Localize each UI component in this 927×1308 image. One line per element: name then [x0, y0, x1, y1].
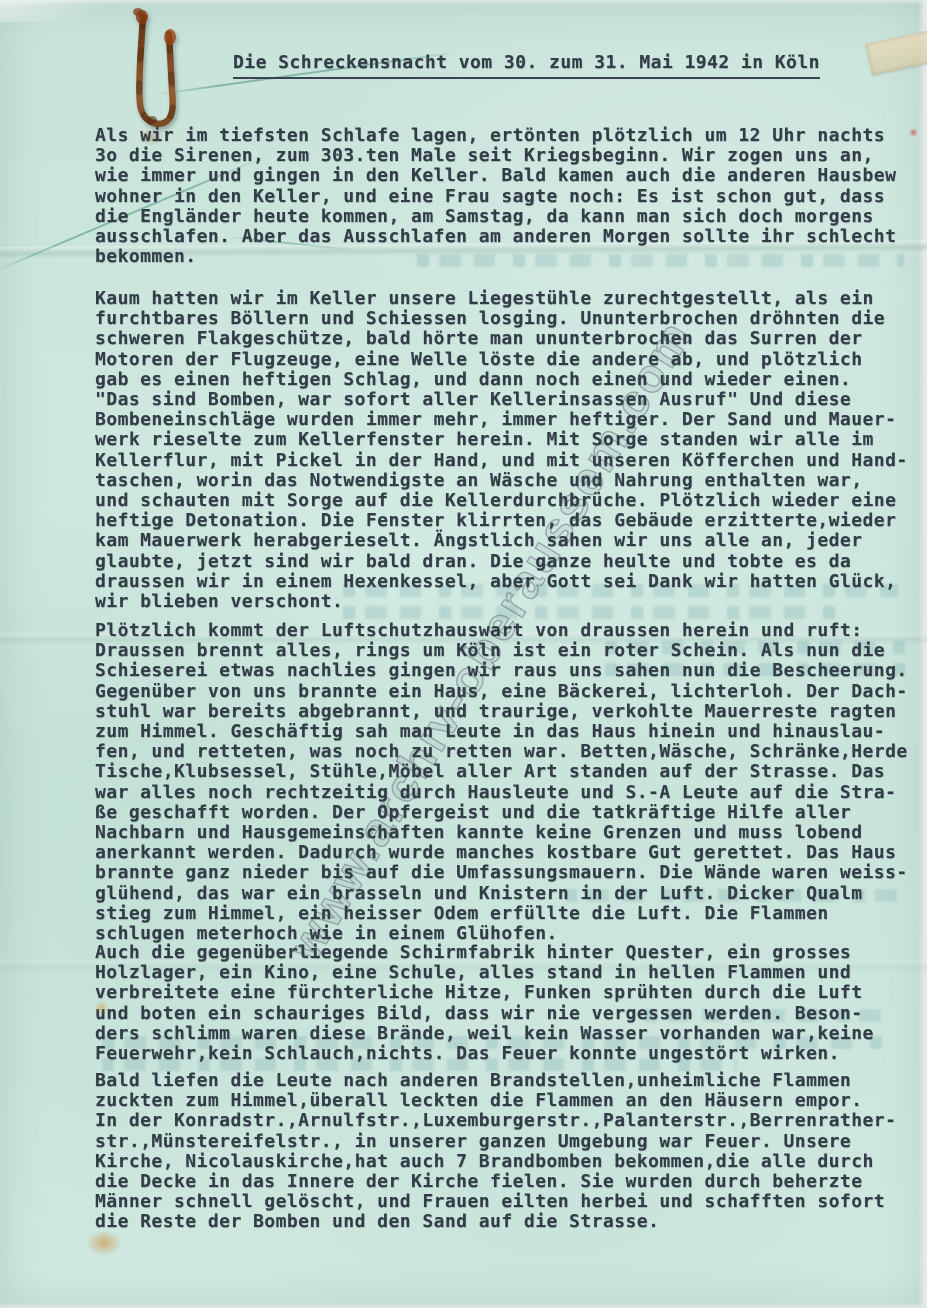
rusty-paperclip-icon — [126, 8, 188, 148]
tape-strip — [865, 29, 927, 75]
paragraph-2: Kaum hatten wir im Keller unsere Liegest… — [95, 289, 920, 612]
paragraph-4: Auch die gegenüberliegende Schirmfabrik … — [95, 943, 920, 1064]
paragraph-1: Als wir im tiefsten Schlafe lagen, ertön… — [95, 126, 920, 267]
paper-edge-top — [0, 0, 927, 5]
scanned-document-page: www.archiv-oberaussem.com Die Schreckens… — [0, 0, 927, 1308]
document-title: Die Schreckensnacht vom 30. zum 31. Mai … — [233, 53, 820, 79]
paragraph-5: Bald liefen die Leute nach anderen Brand… — [95, 1071, 920, 1233]
paragraph-3: Plötzlich kommt der Luftschutzhauswart v… — [95, 621, 920, 944]
paper-edge-bottom — [0, 1301, 927, 1308]
paper-corner-top-left — [0, 0, 130, 22]
stain-bottom-left — [86, 1230, 122, 1256]
